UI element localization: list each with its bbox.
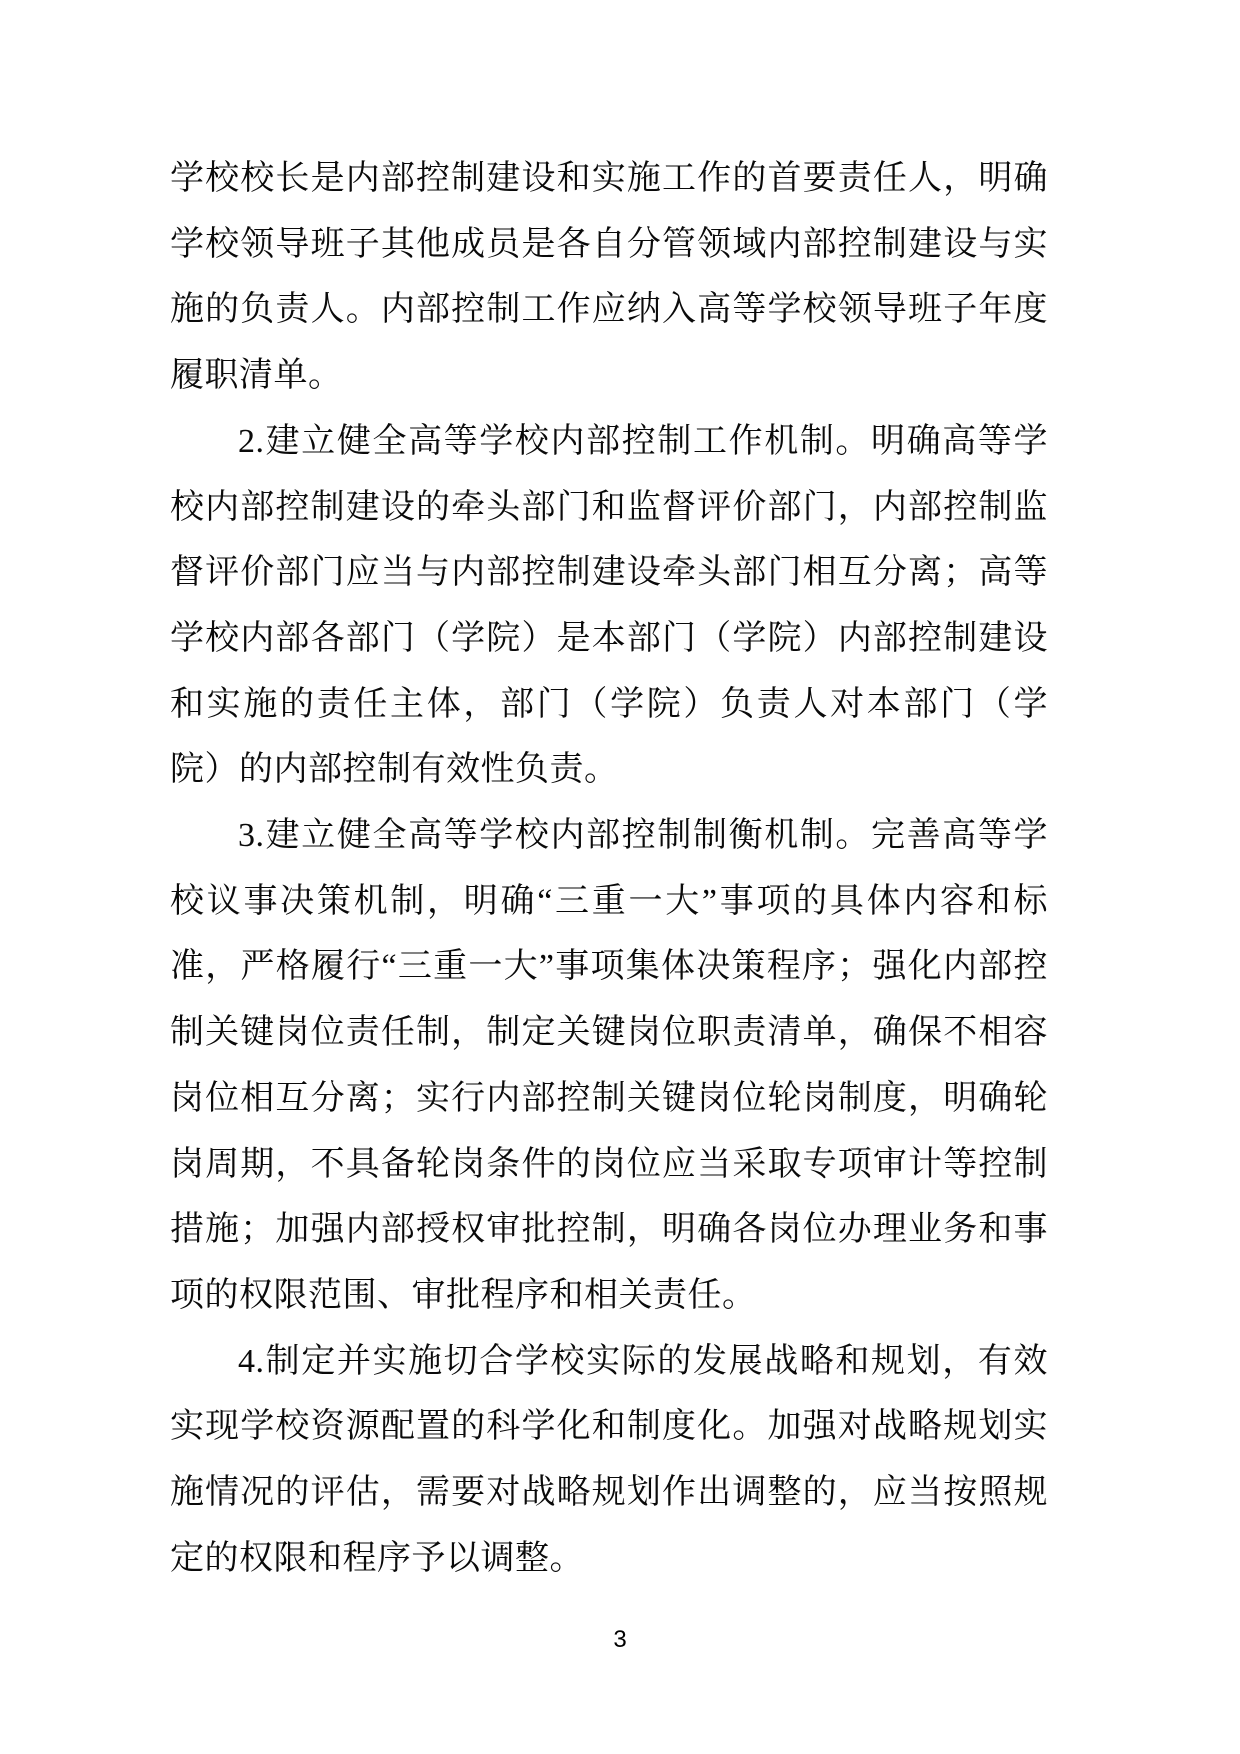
page-number: 3 <box>0 1626 1240 1654</box>
paragraph: 3.建立健全高等学校内部控制制衡机制。完善高等学校议事决策机制，明确“三重一大”… <box>170 803 1048 1329</box>
paragraph: 2.建立健全高等学校内部控制工作机制。明确高等学校内部控制建设的牵头部门和监督评… <box>170 409 1048 803</box>
paragraph: 学校校长是内部控制建设和实施工作的首要责任人，明确学校领导班子其他成员是各自分管… <box>170 146 1048 409</box>
document-page: 学校校长是内部控制建设和实施工作的首要责任人，明确学校领导班子其他成员是各自分管… <box>0 0 1240 1754</box>
document-body-text: 学校校长是内部控制建设和实施工作的首要责任人，明确学校领导班子其他成员是各自分管… <box>170 146 1048 1591</box>
paragraph: 4.制定并实施切合学校实际的发展战略和规划，有效实现学校资源配置的科学化和制度化… <box>170 1329 1048 1592</box>
